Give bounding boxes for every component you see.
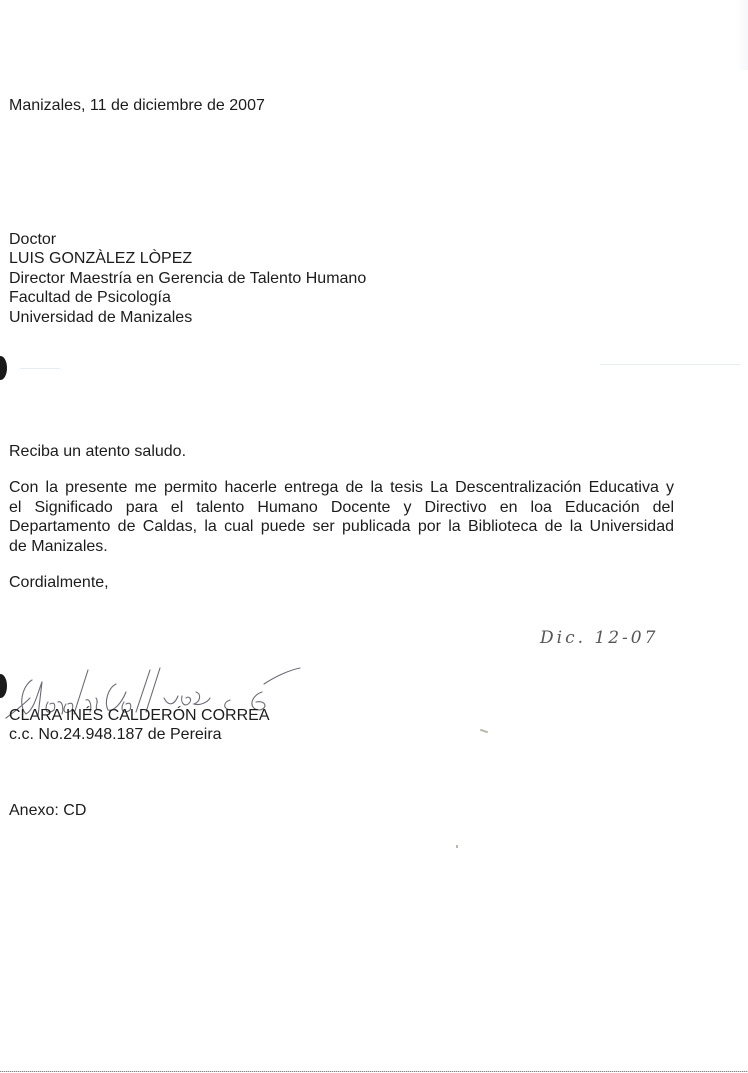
body-line: Departamento de Caldas, la cual puede se… xyxy=(9,517,674,537)
scan-streak xyxy=(20,368,60,369)
place-date: Manizales, 11 de diciembre de 2007 xyxy=(9,96,265,115)
body-line: el Significado para el talento Humano Do… xyxy=(9,498,674,518)
handwritten-received-date: Dic. 12-07 xyxy=(540,628,658,648)
recipient-institution: Universidad de Manizales xyxy=(9,308,366,327)
recipient-block: Doctor LUIS GONZÀLEZ LÒPEZ Director Maes… xyxy=(9,230,366,327)
body-line: Con la presente me permito hacerle entre… xyxy=(9,478,674,498)
closing: Cordialmente, xyxy=(9,573,109,592)
page-bottom-edge xyxy=(0,1071,748,1072)
punch-hole xyxy=(0,356,7,380)
annex: Anexo: CD xyxy=(9,801,86,820)
recipient-title: Doctor xyxy=(9,230,366,249)
signer-id: c.c. No.24.948.187 de Pereira xyxy=(9,725,222,744)
greeting: Reciba un atento saludo. xyxy=(9,442,186,461)
scan-speck xyxy=(480,729,488,734)
body-paragraph: Con la presente me permito hacerle entre… xyxy=(9,478,674,556)
scan-edge-shadow xyxy=(736,0,748,70)
recipient-name: LUIS GONZÀLEZ LÒPEZ xyxy=(9,249,366,268)
body-line: de Manizales. xyxy=(9,537,674,557)
recipient-position: Director Maestría en Gerencia de Talento… xyxy=(9,269,366,288)
recipient-faculty: Facultad de Psicología xyxy=(9,288,366,307)
scanned-letter-page: Manizales, 11 de diciembre de 2007 Docto… xyxy=(0,0,748,1073)
scan-streak xyxy=(600,364,740,365)
signer-name: CLARA INÉS CALDERÓN CORREA xyxy=(9,706,270,725)
scan-speck xyxy=(456,845,458,848)
